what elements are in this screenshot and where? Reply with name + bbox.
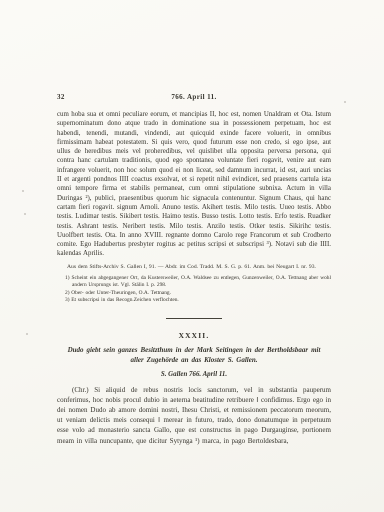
charter-31-body-text: cum hoba sua et omni peculiare eorum, et… bbox=[57, 110, 331, 259]
charter-32-body-text: (Chr.) Si aliquid de rebus nostris locis… bbox=[57, 385, 331, 446]
scan-speck bbox=[24, 213, 26, 215]
page-number: 32 bbox=[57, 93, 117, 101]
scan-speck bbox=[22, 190, 24, 192]
charter-32-number-heading: XXXII. bbox=[57, 331, 331, 340]
scanned-book-page: 32 766. April 11. cum hoba sua et omni p… bbox=[0, 0, 384, 512]
charter-31-source-note: Aus dem Stifts-Archiv S. Gallen I, 91. —… bbox=[57, 264, 331, 271]
running-title: 766. April 11. bbox=[117, 93, 331, 101]
charter-32-regest-heading: Dudo giebt sein ganzes Besitzthum in der… bbox=[57, 346, 331, 366]
footnote-2: 2) Ober- oder Unter-Theuringen, O.A. Tet… bbox=[65, 290, 331, 297]
scan-speck bbox=[344, 101, 346, 103]
charter-32-dateline: S. Gallen 766. April 11. bbox=[57, 371, 331, 378]
footnote-1: 1) Scheint ein abgegangener Ort, da Kust… bbox=[65, 275, 331, 289]
section-divider-rule bbox=[166, 318, 222, 319]
footnote-3: 3) Et subscripsi in das Recogn.Zeichen v… bbox=[65, 297, 331, 304]
scan-speck bbox=[26, 333, 28, 335]
text-column: 32 766. April 11. cum hoba sua et omni p… bbox=[57, 93, 331, 446]
running-head: 32 766. April 11. bbox=[57, 93, 331, 101]
footnotes-block: 1) Scheint ein abgegangener Ort, da Kust… bbox=[57, 275, 331, 304]
